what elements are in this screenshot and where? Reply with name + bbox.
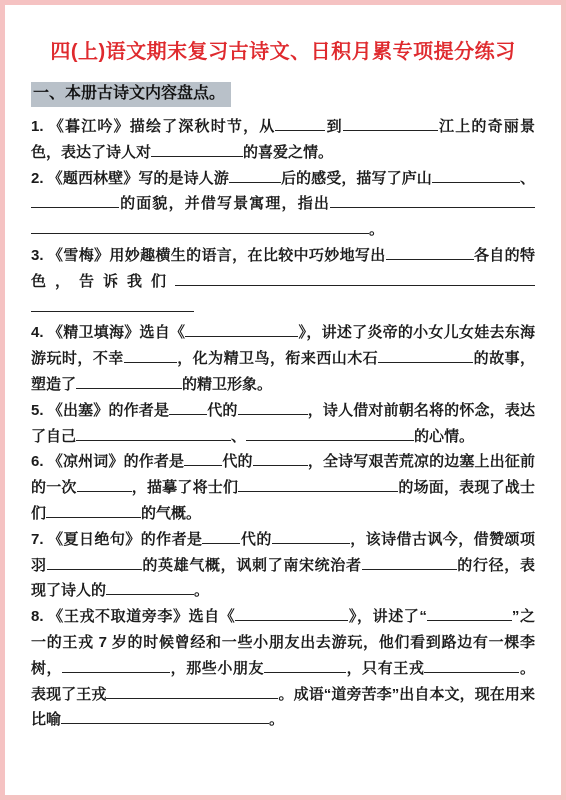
question-item: 4. 《精卫填海》选自《》，讲述了炎帝的小女儿女娃去东海游玩时，不幸，化为精卫鸟… <box>31 320 535 397</box>
question-text: 。 <box>194 582 209 599</box>
fill-blank <box>76 373 182 389</box>
question-item: 2. 《题西林壁》写的是诗人游后的感受，描写了庐山、的面貌，并借写景寓理，指出。 <box>31 166 535 243</box>
fill-blank <box>31 296 194 312</box>
question-text: 的气概。 <box>141 505 201 522</box>
question-item: 8. 《王戎不取道旁李》选自《》，讲述了“”之一的王戎 7 岁的时候曾经和一些小… <box>31 604 535 733</box>
fill-blank <box>184 450 222 466</box>
fill-blank <box>62 657 170 673</box>
fill-blank <box>246 425 414 441</box>
question-item: 7. 《夏日绝句》的作者是代的，该诗借古讽今，借赞颂项羽的英雄气概，讽刺了南宋统… <box>31 527 535 604</box>
question-text: 》，讲述了“ <box>348 608 427 625</box>
fill-blank <box>47 554 142 570</box>
fill-blank <box>77 476 132 492</box>
question-text: 的英雄气概，讽刺了南宋统治者 <box>142 557 362 574</box>
question-text: 代的 <box>207 402 237 419</box>
question-text: 到 <box>325 118 342 135</box>
fill-blank <box>202 528 240 544</box>
fill-blank <box>151 141 243 157</box>
fill-blank <box>362 554 457 570</box>
fill-blank <box>185 321 298 337</box>
fill-blank <box>272 528 350 544</box>
fill-blank <box>343 115 438 131</box>
fill-blank <box>238 399 308 415</box>
fill-blank <box>76 425 231 441</box>
fill-blank <box>31 192 119 208</box>
question-text: 代的 <box>222 453 252 470</box>
section-header: 一、本册古诗文内容盘点。 <box>31 82 535 107</box>
fill-blank <box>427 605 512 621</box>
question-text: 的喜爱之情。 <box>243 144 333 161</box>
question-text: 2. 《题西林壁》写的是诗人游 <box>31 170 229 187</box>
question-text: 3. 《雪梅》用妙趣横生的语言，在比较中巧妙地写出 <box>31 247 386 264</box>
question-text: 6. 《凉州词》的作者是 <box>31 453 184 470</box>
fill-blank <box>386 244 474 260</box>
questions-list: 1. 《暮江吟》描绘了深秋时节，从到江上的奇丽景色，表达了诗人对的喜爱之情。2.… <box>31 114 535 733</box>
question-item: 6. 《凉州词》的作者是代的，全诗写艰苦荒凉的边塞上出征前的一次，描摹了将士们的… <box>31 449 535 526</box>
fill-blank <box>235 605 348 621</box>
question-text: ，只有王戎 <box>346 660 424 677</box>
fill-blank <box>330 192 535 208</box>
fill-blank <box>424 657 519 673</box>
fill-blank <box>175 270 535 286</box>
question-item: 5. 《出塞》的作者是代的，诗人借对前朝名将的怀念，表达了自己、的心情。 <box>31 398 535 450</box>
question-item: 1. 《暮江吟》描绘了深秋时节，从到江上的奇丽景色，表达了诗人对的喜爱之情。 <box>31 114 535 166</box>
question-text: ，那些小朋友 <box>170 660 264 677</box>
fill-blank <box>238 476 398 492</box>
question-text: ，描摹了将士们 <box>132 479 239 496</box>
question-item: 3. 《雪梅》用妙趣横生的语言，在比较中巧妙地写出各自的特色，告诉我们 <box>31 243 535 320</box>
page-inner: 四(上)语文期末复习古诗文、日积月累专项提分练习 一、本册古诗文内容盘点。 1.… <box>5 5 561 795</box>
fill-blank <box>229 167 281 183</box>
question-text: 、 <box>520 170 535 187</box>
fill-blank <box>432 167 520 183</box>
fill-blank <box>46 502 141 518</box>
question-text: 5. 《出塞》的作者是 <box>31 402 169 419</box>
question-text: 、 <box>231 428 246 445</box>
fill-blank <box>31 218 369 234</box>
fill-blank <box>378 347 473 363</box>
question-text: 代的 <box>240 531 271 548</box>
question-text: 1. 《暮江吟》描绘了深秋时节，从 <box>31 118 275 135</box>
fill-blank <box>275 115 325 131</box>
fill-blank <box>106 683 278 699</box>
worksheet-page: 四(上)语文期末复习古诗文、日积月累专项提分练习 一、本册古诗文内容盘点。 1.… <box>0 0 566 800</box>
question-text: 后的感受，描写了庐山 <box>281 170 432 187</box>
fill-blank <box>124 347 177 363</box>
fill-blank <box>253 450 308 466</box>
question-text: 的心情。 <box>414 428 474 445</box>
section-title: 一、本册古诗文内容盘点。 <box>31 82 231 107</box>
question-text: 。 <box>369 221 384 238</box>
question-text: 7. 《夏日绝句》的作者是 <box>31 531 202 548</box>
fill-blank <box>106 579 194 595</box>
worksheet-title: 四(上)语文期末复习古诗文、日积月累专项提分练习 <box>31 38 535 66</box>
fill-blank <box>61 708 269 724</box>
question-text: 4. 《精卫填海》选自《 <box>31 324 185 341</box>
fill-blank <box>169 399 207 415</box>
question-text: 的精卫形象。 <box>182 376 272 393</box>
question-text: 的面貌，并借写景寓理，指出 <box>119 195 330 212</box>
question-text: 8. 《王戎不取道旁李》选自《 <box>31 608 235 625</box>
fill-blank <box>264 657 346 673</box>
question-text: ，化为精卫鸟，衔来西山木石 <box>177 350 378 367</box>
question-text: 。 <box>269 711 284 728</box>
